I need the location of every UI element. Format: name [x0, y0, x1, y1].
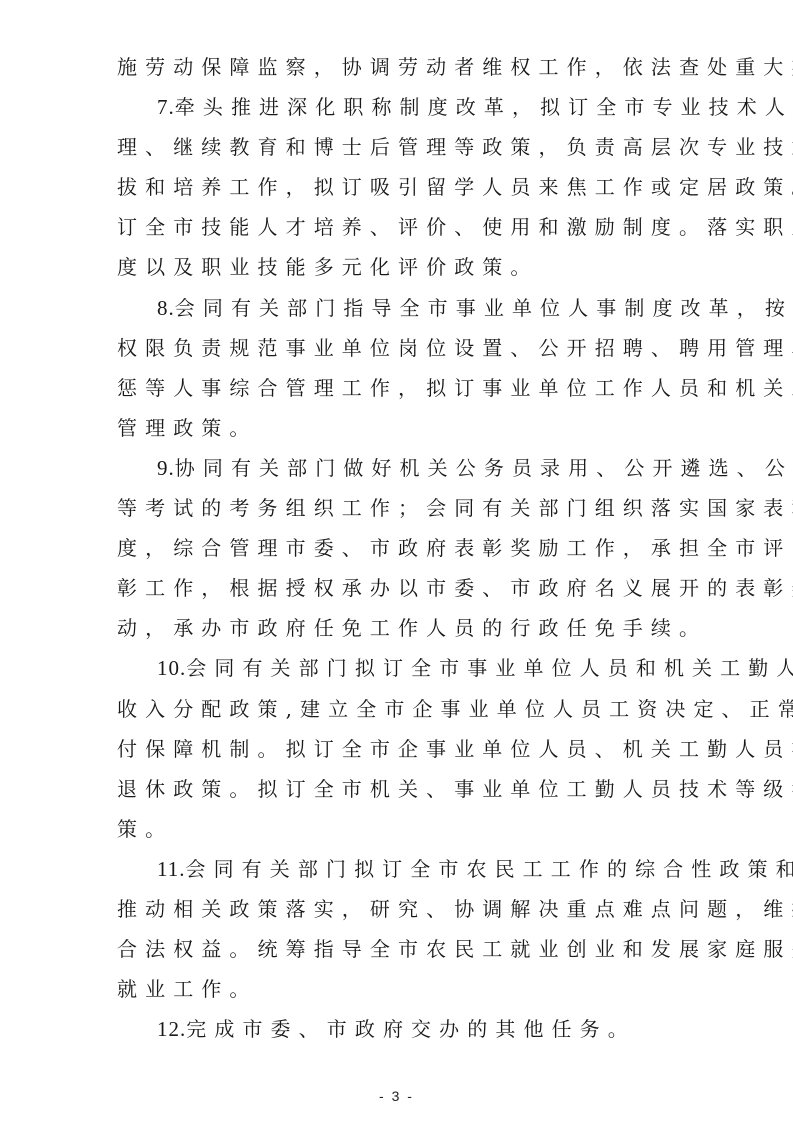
item-number: 9. [157, 456, 175, 480]
text-segment: 会同有关部门指导全市事业单位人事制度改革，按照管理 [175, 296, 793, 320]
paragraph-7-first-line: 7.牵头推进深化职称制度改革，拟订全市专业技术人员管 [117, 87, 683, 127]
text-line: 付保障机制。拟订全市企事业单位人员、机关工勤人员福利和离 [117, 729, 683, 769]
text-line: 度以及职业技能多元化评价政策。 [117, 247, 683, 287]
page-number: - 3 - [0, 1088, 793, 1104]
item-number: 11. [157, 857, 185, 881]
document-page: 施劳动保障监察，协调劳动者维权工作，依法查处重大案件。 7.牵头推进深化职称制度… [0, 0, 793, 1122]
text-line: 拔和培养工作，拟订吸引留学人员来焦工作或定居政策。组织拟 [117, 167, 683, 207]
text-segment: 完成市委、市政府交办的其他任务。 [186, 1017, 636, 1041]
text-line: 动，承办市政府任免工作人员的行政任免手续。 [117, 608, 683, 648]
item-number: 8. [157, 296, 175, 320]
text-line: 推动相关政策落实，研究、协调解决重点难点问题，维护农民工 [117, 889, 683, 929]
text-line: 策。 [117, 809, 683, 849]
text-line: 合法权益。统筹指导全市农民工就业创业和发展家庭服务业促进 [117, 929, 683, 969]
item-number: 7. [157, 95, 175, 119]
paragraph-9-first-line: 9.协同有关部门做好机关公务员录用、公开遴选、公开选调 [117, 448, 683, 488]
text-line: 理、继续教育和博士后管理等政策，负责高层次专业技术人才选 [117, 127, 683, 167]
paragraph-8-first-line: 8.会同有关部门指导全市事业单位人事制度改革，按照管理 [117, 288, 683, 328]
text-line: 施劳动保障监察，协调劳动者维权工作，依法查处重大案件。 [117, 47, 683, 87]
item-number: 10. [157, 656, 186, 680]
text-line: 管理政策。 [117, 408, 683, 448]
paragraph-11-first-line: 11.会同有关部门拟订全市农民工工作的综合性政策和规划， [117, 849, 683, 889]
text-segment: 会同有关部门拟订全市事业单位人员和机关工勤人员工资 [186, 656, 793, 680]
text-line: 就业工作。 [117, 969, 683, 1009]
text-segment: 协同有关部门做好机关公务员录用、公开遴选、公开选调 [175, 456, 793, 480]
document-body: 施劳动保障监察，协调劳动者维权工作，依法查处重大案件。 7.牵头推进深化职称制度… [117, 47, 683, 1049]
paragraph-12-first-line: 12.完成市委、市政府交办的其他任务。 [117, 1009, 683, 1049]
text-line: 等考试的考务组织工作；会同有关部门组织落实国家表彰奖励制 [117, 488, 683, 528]
text-line: 权限负责规范事业单位岗位设置、公开招聘、聘用管理、考核奖 [117, 328, 683, 368]
text-line: 退休政策。拟订全市机关、事业单位工勤人员技术等级考核政 [117, 769, 683, 809]
text-segment: 牵头推进深化职称制度改革，拟订全市专业技术人员管 [175, 95, 793, 119]
text-segment: 会同有关部门拟订全市农民工工作的综合性政策和规划， [185, 857, 793, 881]
paragraph-10-first-line: 10.会同有关部门拟订全市事业单位人员和机关工勤人员工资 [117, 648, 683, 688]
text-line: 订全市技能人才培养、评价、使用和激励制度。落实职业资格制 [117, 207, 683, 247]
text-line: 度，综合管理市委、市政府表彰奖励工作，承担全市评比达标表 [117, 528, 683, 568]
item-number: 12. [157, 1017, 186, 1041]
text-line: 彰工作，根据授权承办以市委、市政府名义展开的表彰奖励活 [117, 568, 683, 608]
text-line: 收入分配政策,建立全市企事业单位人员工资决定、正常增长和支 [117, 689, 683, 729]
text-line: 惩等人事综合管理工作，拟订事业单位工作人员和机关工勤人员 [117, 368, 683, 408]
